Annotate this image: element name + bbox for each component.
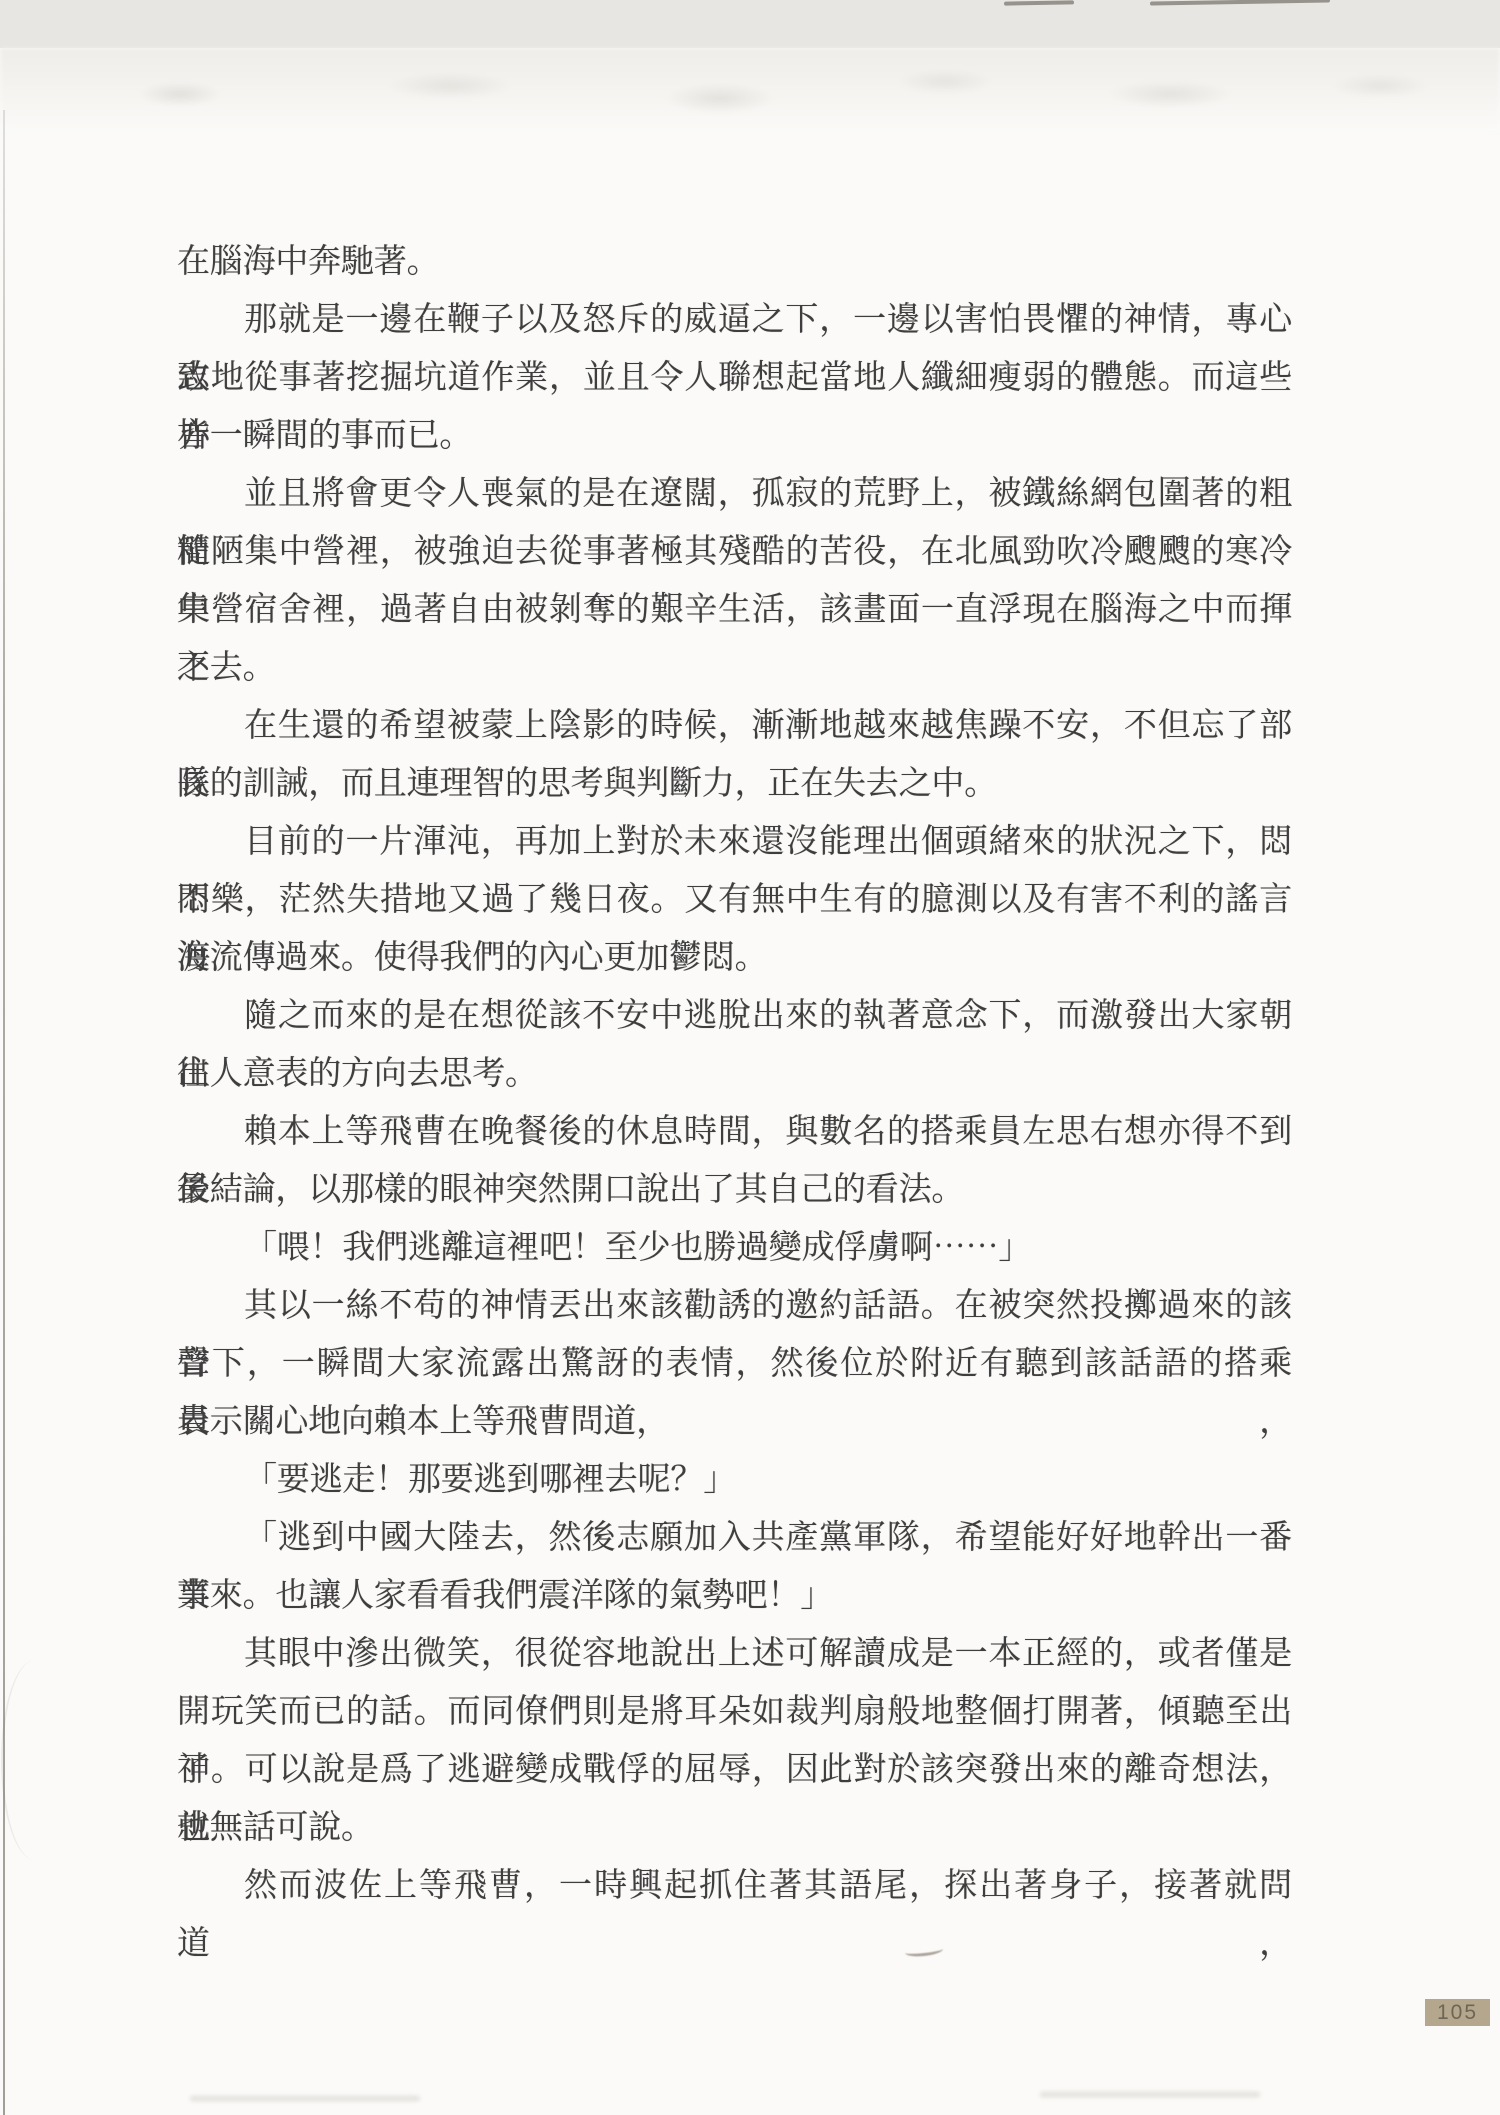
text-line: 在生還的希望被蒙上陰影的時候，漸漸地越來越焦躁不安，不但忘了部隊 — [177, 697, 1292, 755]
text-line: 然而波佐上等飛曹，一時興起抓住著其語尾，探出著身子，接著就問道， — [177, 1857, 1292, 1915]
text-line: 目前的一片渾沌，再加上對於未來還沒能理出個頭緒來的狀況之下，悶悶 — [177, 813, 1292, 871]
scan-bleedthrough-band — [0, 48, 1500, 132]
text-line: 並且將會更令人喪氣的是在遼闊，孤寂的荒野上，被鐵絲網包圍著的粗糙 — [177, 465, 1292, 523]
text-line: 出人意表的方向去思考。 — [177, 1045, 1292, 1103]
book-spine-line — [3, 110, 5, 2115]
text-line: 神。可以說是爲了逃避變成戰俘的屈辱，因此對於該突發出來的離奇想法，也 — [177, 1741, 1292, 1799]
text-line: 業來。也讓人家看看我們震洋隊的氣勢吧！」 — [177, 1567, 1292, 1625]
page-text-block: 在腦海中奔馳著。 那就是一邊在鞭子以及怒斥的威逼之下，一邊以害怕畏懼的神情，專心… — [177, 233, 1292, 1915]
text-line: 皆一瞬間的事而已。 — [177, 407, 1292, 465]
scan-smudge — [1040, 2092, 1260, 2097]
text-line: 賴本上等飛曹在晚餐後的休息時間，與數名的搭乘員左思右想亦得不到最 — [177, 1103, 1292, 1161]
scan-smudge — [190, 2096, 420, 2101]
page-number-badge: 105 — [1425, 1999, 1490, 2026]
text-line: 簡陋集中營裡，被強迫去從事著極其殘酷的苦役，在北風勁吹冷颼颼的寒冷集 — [177, 523, 1292, 581]
text-line: 後結論，以那樣的眼神突然開口說出了其自己的看法。 — [177, 1161, 1292, 1219]
text-line: 音下，一瞬間大家流露出驚訝的表情，然後位於附近有聽到該話語的搭乘員， — [177, 1335, 1292, 1393]
text-line: 不去。 — [177, 639, 1292, 697]
text-line: 志地從事著挖掘坑道作業，並且令人聯想起當地人纖細瘦弱的體態。而這些亦 — [177, 349, 1292, 407]
text-line: 在腦海中奔馳著。 — [177, 233, 1292, 291]
text-line: 其以一絲不苟的神情丟出來該勸誘的邀約話語。在被突然投擲過來的該聲 — [177, 1277, 1292, 1335]
text-line: 其眼中滲出微笑，很從容地說出上述可解讀成是一本正經的，或者僅是 — [177, 1625, 1292, 1683]
text-line: 不樂，茫然失措地又過了幾日夜。又有無中生有的臆測以及有害不利的謠言渡 — [177, 871, 1292, 929]
text-line: 隨之而來的是在想從該不安中逃脫出來的執著意念下，而激發出大家朝往 — [177, 987, 1292, 1045]
text-line: 「喂！我們逃離這裡吧！至少也勝過變成俘虜啊⋯⋯」 — [177, 1219, 1292, 1277]
text-line: 海流傳過來。使得我們的內心更加鬱悶。 — [177, 929, 1292, 987]
text-line: 中營宿舍裡，過著自由被剝奪的艱辛生活，該畫面一直浮現在腦海之中而揮之 — [177, 581, 1292, 639]
text-line: 那就是一邊在鞭子以及怒斥的威逼之下，一邊以害怕畏懼的神情，專心致 — [177, 291, 1292, 349]
text-line: 「要逃走！那要逃到哪裡去呢？」 — [177, 1451, 1292, 1509]
page-curl-shadow — [1, 1660, 35, 1860]
text-line: 長的訓誡，而且連理智的思考與判斷力，正在失去之中。 — [177, 755, 1292, 813]
text-line: 就無話可說。 — [177, 1799, 1292, 1857]
scan-top-band — [0, 0, 1500, 48]
text-line: 「逃到中國大陸去，然後志願加入共產黨軍隊，希望能好好地幹出一番事 — [177, 1509, 1292, 1567]
text-line: 開玩笑而已的話。而同僚們則是將耳朵如裁判扇般地整個打開著，傾聽至出了 — [177, 1683, 1292, 1741]
book-page-scan: { "page": { "background_color": "#fbfaf8… — [0, 0, 1500, 2115]
